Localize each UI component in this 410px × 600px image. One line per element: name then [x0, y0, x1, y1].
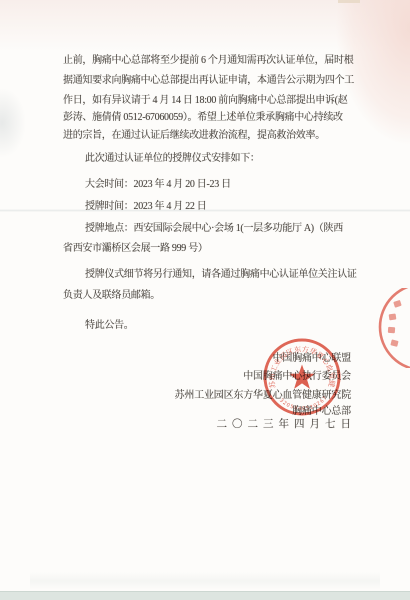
schedule-award-place-cont: 省西安市灞桥区会展一路 999 号）: [63, 239, 208, 254]
scanned-notice-page: 止前，胸痛中心总部将至少提前 6 个月通知需再次认证单位，届时根 据通知要求向胸…: [0, 0, 410, 600]
body-line: 负责人及联络员邮箱。: [63, 286, 160, 301]
official-seal: 苏州工业园区东方华夏心血管健康研究院 3205940520267: [259, 335, 345, 421]
scan-notch: [338, 0, 360, 3]
scan-bottom-edge: [0, 591, 410, 600]
partial-seal-glyphs: [388, 300, 402, 347]
schedule-award-place: 授牌地点：西安国际会展中心·会场 1(一层多功能厅 A)（陕西: [85, 219, 343, 234]
body-line: 彭涛、施倩倩 0512-67060059）。希望上述单位秉承胸痛中心持续改: [63, 108, 343, 123]
body-line: 作日，如有异议请于 4 月 14 日 18:00 前向胸痛中心总部提出申诉(赵: [63, 91, 347, 106]
body-line: 进的宗旨，在通过认证后继续改进救治流程，提高救治效率。: [63, 126, 325, 141]
scan-tint-top: [0, 0, 410, 52]
seal-star: [289, 365, 315, 389]
scan-shadow-left: [0, 88, 26, 158]
schedule-meeting-time: 大会时间：2023 年 4 月 20 日-23 日: [85, 175, 231, 190]
closing-line: 特此公告。: [85, 316, 134, 331]
body-line: 授牌仪式细节将另行通知，请各通过胸痛中心认证单位关注认证: [85, 265, 357, 280]
ceremony-intro-line: 此次通过认证单位的授牌仪式安排如下：: [85, 149, 260, 164]
schedule-award-time: 授牌时间：2023 年 4 月 22 日: [85, 197, 207, 212]
scan-smudge: [30, 572, 380, 590]
body-line: 止前，胸痛中心总部将至少提前 6 个月通知需再次认证单位，届时根: [63, 51, 353, 66]
body-line: 据通知要求向胸痛中心总部提出再认证申请，本通告公示期为四个工: [63, 71, 354, 86]
partial-seal-edge: [368, 288, 410, 368]
